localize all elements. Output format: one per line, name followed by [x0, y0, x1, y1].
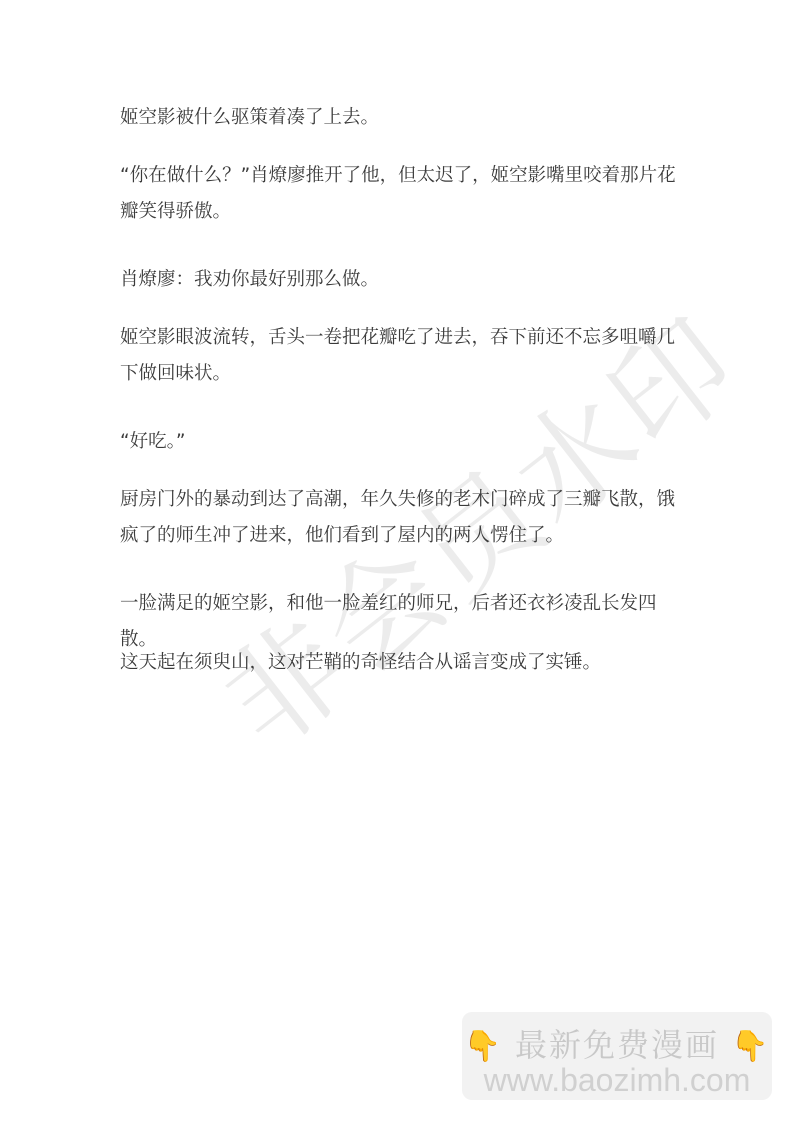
paragraph: 肖燎廖：我劝你最好别那么做。: [120, 262, 680, 298]
ad-url[interactable]: www.baozimh.com: [462, 1062, 772, 1099]
paragraph: 这天起在须臾山，这对芒鞘的奇怪结合从谣言变成了实锤。: [120, 645, 680, 681]
pointing-down-icon: 👇: [731, 1029, 770, 1064]
paragraph: “你在做什么？”肖燎廖推开了他，但太迟了，姬空影嘴里咬着那片花瓣笑得骄傲。: [120, 158, 680, 230]
paragraph: 姬空影被什么驱策着凑了上去。: [120, 100, 680, 136]
paragraph: “好吃。”: [120, 424, 680, 460]
ad-title: 最新免费漫画: [515, 1026, 719, 1064]
paragraph: 姬空影眼波流转，舌头一卷把花瓣吃了进去，吞下前还不忘多咀嚼几下做回味状。: [120, 320, 680, 392]
pointing-down-icon: 👇: [463, 1029, 502, 1064]
paragraph: 厨房门外的暴动到达了高潮，年久失修的老木门碎成了三瓣飞散，饿疯了的师生冲了进来，…: [120, 482, 680, 554]
site-ad-banner[interactable]: 👇 最新免费漫画 👇 www.baozimh.com: [462, 1012, 772, 1100]
